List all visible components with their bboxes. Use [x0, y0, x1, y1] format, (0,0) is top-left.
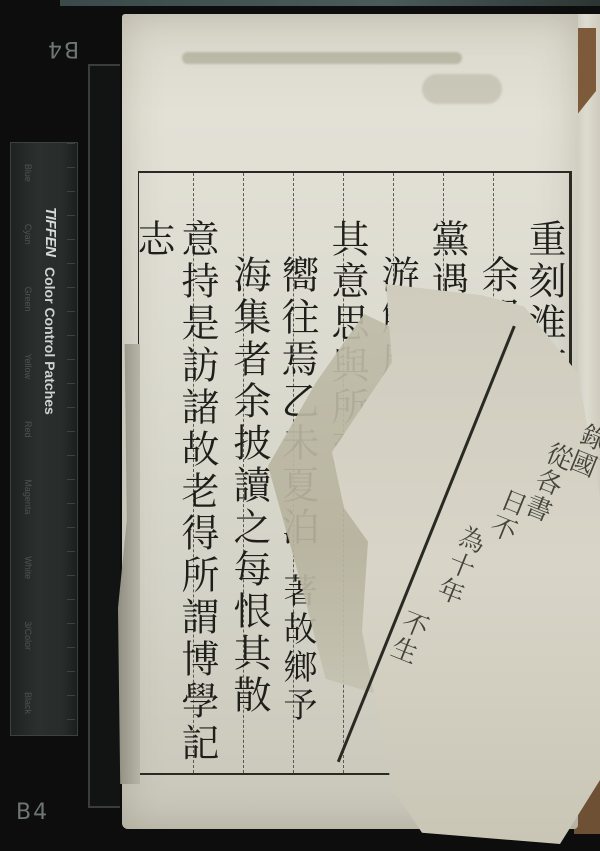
- text-column-8: 意持是訪諸故老得所謂博學記志: [175, 219, 219, 773]
- fragment-column: 從各書: [517, 437, 576, 526]
- patch-label: 3/Color: [19, 621, 33, 650]
- top-edge-strip: [60, 0, 600, 6]
- patch-label: Red: [19, 421, 33, 438]
- photo-scene: B4 B4 TIFFEN Color Control Patches Blue …: [0, 0, 600, 851]
- patch-label: Yellow: [19, 354, 33, 380]
- patch-label: White: [19, 556, 33, 579]
- patch-label: Magenta: [19, 479, 33, 514]
- backing-board: [88, 64, 120, 808]
- patch-label: Black: [19, 692, 33, 714]
- water-stain: [182, 52, 462, 64]
- color-bar-title: Color Control Patches: [42, 267, 58, 415]
- text-column-7: 海集者余披讀之每恨其散: [227, 255, 271, 717]
- patch-labels: Blue Cyan Green Yellow Red Magenta White…: [19, 143, 33, 735]
- book: 重刻淮海文 余閱 黨遇禍 游觸廣陵 其意思與所到 嚮往焉乙未夏泊 海集者余披讀之…: [118, 14, 600, 834]
- patch-label: Cyan: [19, 224, 33, 245]
- plate-label-bottom: B4: [16, 800, 49, 825]
- brand-logo: TIFFEN: [42, 207, 59, 257]
- patch-label: Blue: [19, 164, 33, 182]
- color-calibration-bar: TIFFEN Color Control Patches Blue Cyan G…: [10, 142, 78, 736]
- plate-label-top: B4: [46, 36, 79, 61]
- ruler-ticks: [67, 143, 75, 735]
- water-stain: [422, 74, 502, 104]
- fragment-column: 為十年: [430, 520, 489, 609]
- patch-label: Green: [19, 287, 33, 312]
